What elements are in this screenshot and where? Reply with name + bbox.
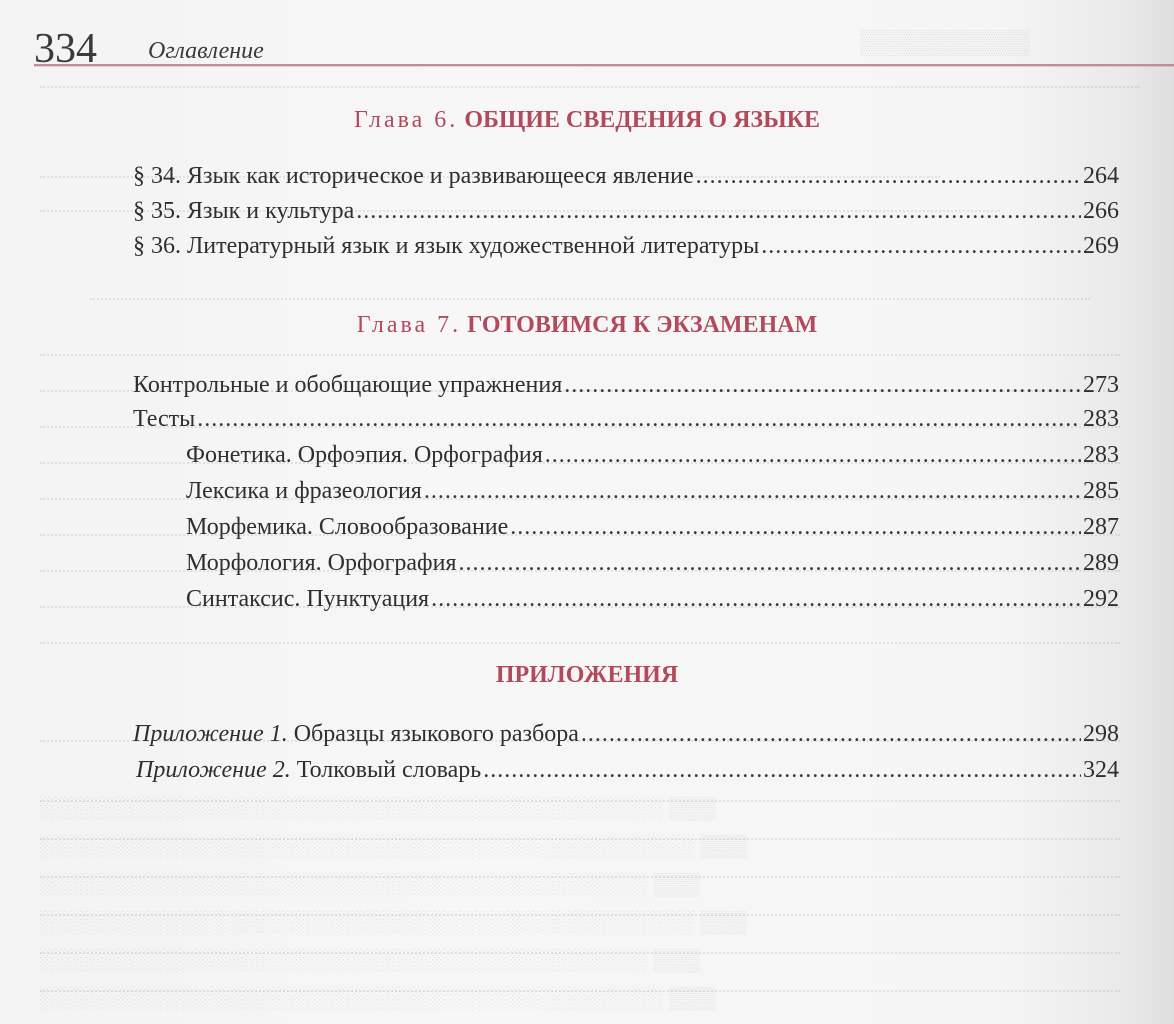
entry-page: 283: [1083, 440, 1119, 470]
chapter-title: ОБЩИЕ СВЕДЕНИЯ О ЯЗЫКЕ: [464, 107, 820, 133]
entry-page: 292: [1083, 584, 1119, 614]
entry-title: Приложение 1. Образцы языкового разбора: [133, 719, 579, 749]
chapter-6-heading: Глава 6. ОБЩИЕ СВЕДЕНИЯ О ЯЗЫКЕ: [0, 105, 1174, 135]
dot-leader: [197, 404, 1081, 434]
chapter-label: Глава 6.: [354, 107, 458, 133]
entry-page: 285: [1083, 476, 1119, 506]
dot-leader: [696, 161, 1081, 191]
dot-leader: [564, 370, 1081, 400]
entry-title: Морфология. Орфография: [186, 548, 457, 578]
appendices-heading: ПРИЛОЖЕНИЯ: [0, 660, 1174, 690]
entry-page: 283: [1083, 404, 1119, 434]
entry-page: 324: [1083, 755, 1119, 785]
toc-appendix-entry[interactable]: Приложение 1. Образцы языкового разбора …: [133, 719, 1119, 749]
entry-page: 266: [1083, 196, 1119, 226]
dot-leader: [510, 512, 1081, 542]
toc-subentry[interactable]: Морфология. Орфография 289: [186, 548, 1119, 578]
running-header: 334 Оглавление: [34, 22, 1174, 68]
entry-title: Морфемика. Словообразование: [186, 512, 508, 542]
toc-entry[interactable]: § 35. Язык и культура 266: [133, 196, 1119, 226]
entry-page: 264: [1083, 161, 1119, 191]
dot-leader: [761, 231, 1081, 261]
appendix-title: Толковый словарь: [291, 757, 482, 783]
toc-entry[interactable]: Контрольные и обобщающие упражнения 273: [133, 370, 1119, 400]
toc-subentry[interactable]: Лексика и фразеология 285: [186, 476, 1119, 506]
toc-appendix-entry[interactable]: Приложение 2. Толковый словарь 324: [136, 755, 1119, 785]
entry-title: Тесты: [133, 404, 195, 434]
entry-title: Лексика и фразеология: [186, 476, 422, 506]
dot-leader: [459, 548, 1082, 578]
toc-subentry[interactable]: Морфемика. Словообразование 287: [186, 512, 1119, 542]
entry-title: Синтаксис. Пунктуация: [186, 584, 429, 614]
book-page: ▒▒▒▒▒▒▒▒▒▒ ▒▒▒ ░░░░░░░░░░░░░░░░░░░░░░░░░…: [0, 0, 1174, 1024]
toc-entry[interactable]: § 36. Литературный язык и язык художеств…: [133, 231, 1119, 261]
appendix-title: Образцы языкового разбора: [288, 721, 579, 747]
entry-title: § 35. Язык и культура: [133, 196, 354, 226]
appendix-label: Приложение 1.: [133, 721, 288, 747]
dot-leader: [431, 584, 1081, 614]
chapter-label: Глава 7.: [357, 312, 461, 338]
dot-leader: [545, 440, 1081, 470]
dot-leader: [483, 755, 1081, 785]
entry-title: § 34. Язык как историческое и развивающе…: [133, 161, 694, 191]
entry-page: 287: [1083, 512, 1119, 542]
entry-page: 269: [1083, 231, 1119, 261]
entry-page: 273: [1083, 370, 1119, 400]
toc-subentry[interactable]: Синтаксис. Пунктуация 292: [186, 584, 1119, 614]
running-title: Оглавление: [148, 37, 264, 65]
chapter-title: ГОТОВИМСЯ К ЭКЗАМЕНАМ: [467, 312, 817, 338]
dot-leader: [581, 719, 1081, 749]
dot-leader: [356, 196, 1081, 226]
entry-page: 289: [1083, 548, 1119, 578]
entry-title: Фонетика. Орфоэпия. Орфография: [186, 440, 543, 470]
appendix-label: Приложение 2.: [136, 757, 291, 783]
entry-title: Приложение 2. Толковый словарь: [136, 755, 481, 785]
toc-subentry[interactable]: Фонетика. Орфоэпия. Орфография 283: [186, 440, 1119, 470]
toc-entry[interactable]: § 34. Язык как историческое и развивающе…: [133, 161, 1119, 191]
dot-leader: [424, 476, 1081, 506]
toc-entry[interactable]: Тесты 283: [133, 404, 1119, 434]
entry-page: 298: [1083, 719, 1119, 749]
entry-title: § 36. Литературный язык и язык художеств…: [133, 231, 759, 261]
header-rule-shadow: [34, 66, 1174, 67]
entry-title: Контрольные и обобщающие упражнения: [133, 370, 562, 400]
chapter-7-heading: Глава 7. ГОТОВИМСЯ К ЭКЗАМЕНАМ: [0, 310, 1174, 340]
